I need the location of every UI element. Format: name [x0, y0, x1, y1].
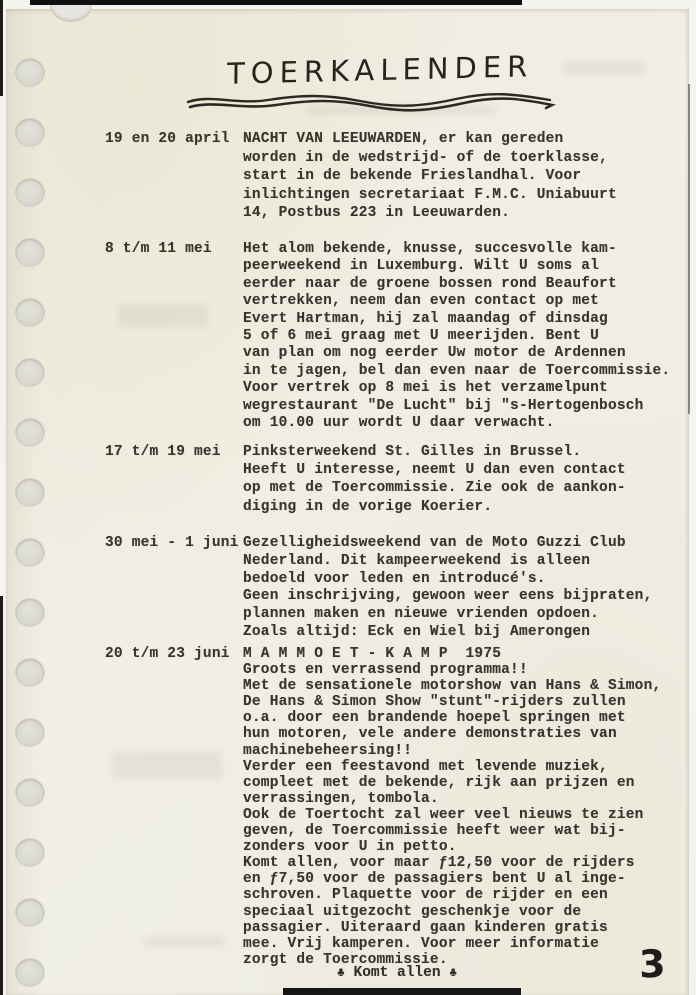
- punch-hole: [16, 479, 44, 506]
- entry-date: 30 mei - 1 juni: [105, 535, 243, 642]
- footer-slogan-text: Komt allen: [345, 965, 449, 981]
- calendar-entry: 8 t/m 11 mei Het alom bekende, knusse, s…: [105, 241, 670, 432]
- club-icon: ♣: [449, 965, 457, 980]
- entry-date: 8 t/m 11 mei: [105, 241, 243, 432]
- entry-date: 19 en 20 april: [105, 130, 243, 223]
- entry-text: NACHT VAN LEEUWARDEN, er kan gereden wor…: [243, 130, 617, 223]
- entry-text: Pinksterweekend St. Gilles in Brussel. H…: [243, 443, 626, 516]
- scan-edge-top-bar: [30, 0, 522, 5]
- punch-hole: [16, 719, 44, 746]
- punch-hole: [16, 839, 44, 866]
- entry-date: 17 t/m 19 mei: [105, 443, 243, 516]
- scanned-page: TOERKALENDER 19 en 20 april NACHT VAN LE…: [0, 0, 696, 995]
- punch-hole: [16, 419, 44, 446]
- punch-hole: [16, 119, 44, 146]
- paper-sheet: TOERKALENDER 19 en 20 april NACHT VAN LE…: [6, 9, 689, 995]
- calendar-entry: 19 en 20 april NACHT VAN LEEUWARDEN, er …: [105, 130, 617, 223]
- punch-hole: [16, 359, 44, 386]
- punch-hole: [16, 299, 44, 326]
- punch-hole: [16, 779, 44, 806]
- punch-hole: [16, 239, 44, 266]
- entry-date: 20 t/m 23 juni: [105, 646, 243, 968]
- entry-text: Gezelligheidsweekend van de Moto Guzzi C…: [243, 535, 652, 642]
- scan-edge-left-line: [0, 596, 3, 995]
- scan-edge-bottom-bar: [283, 988, 521, 995]
- punch-hole: [16, 659, 44, 686]
- punch-hole: [16, 959, 44, 986]
- title-underline-squiggle: [184, 91, 556, 113]
- punch-hole: [16, 539, 44, 566]
- calendar-entry: 17 t/m 19 mei Pinksterweekend St. Gilles…: [105, 443, 626, 516]
- calendar-entry: 20 t/m 23 juni M A M M O E T - K A M P 1…: [105, 646, 661, 968]
- punch-hole: [16, 179, 44, 206]
- entry-text: M A M M O E T - K A M P 1975 Groots en v…: [243, 646, 661, 968]
- punch-hole: [16, 59, 44, 86]
- scan-edge-left-line: [0, 0, 3, 96]
- scan-edge-right-line: [688, 84, 690, 414]
- punch-hole: [16, 599, 44, 626]
- page-title: TOERKALENDER: [227, 49, 534, 91]
- footer-slogan: ♣ Komt allen ♣: [337, 965, 457, 981]
- entry-text: Het alom bekende, knusse, succesvolle ka…: [243, 241, 670, 432]
- club-icon: ♣: [337, 965, 345, 980]
- calendar-entry: 30 mei - 1 juni Gezelligheidsweekend van…: [105, 535, 652, 642]
- page-number: 3: [638, 942, 666, 987]
- bleedthrough-smudge: [562, 61, 646, 75]
- punch-hole: [16, 899, 44, 926]
